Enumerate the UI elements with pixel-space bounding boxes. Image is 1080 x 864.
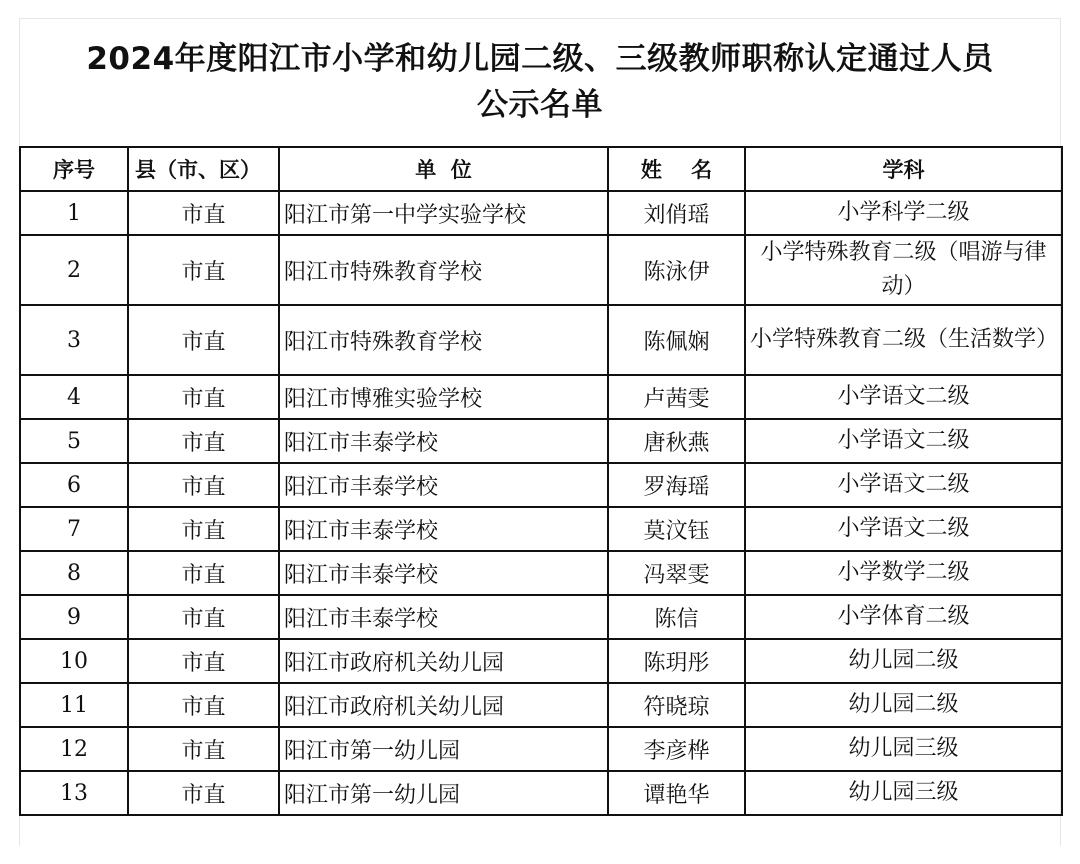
cell-subject: 小学语文二级 <box>745 419 1062 463</box>
cell-no: 7 <box>20 507 128 551</box>
table-row: 4 市直 阳江市博雅实验学校 卢茜雯 小学语文二级 <box>20 375 1062 419</box>
header-unit: 单 位 <box>279 147 608 191</box>
cell-name: 陈信 <box>608 595 745 639</box>
cell-no: 1 <box>20 191 128 235</box>
cell-unit: 阳江市特殊教育学校 <box>279 235 608 305</box>
table-row: 5 市直 阳江市丰泰学校 唐秋燕 小学语文二级 <box>20 419 1062 463</box>
cell-county: 市直 <box>128 507 279 551</box>
cell-county: 市直 <box>128 727 279 771</box>
table-row: 3 市直 阳江市特殊教育学校 陈佩娴 小学特殊教育二级（生活数学） <box>20 305 1062 375</box>
table-header-row: 序号 县（市、区） 单 位 姓 名 学科 <box>20 147 1062 191</box>
cell-no: 11 <box>20 683 128 727</box>
cell-name: 莫汶钰 <box>608 507 745 551</box>
cell-no: 13 <box>20 771 128 815</box>
header-subject: 学科 <box>745 147 1062 191</box>
table-row: 11 市直 阳江市政府机关幼儿园 符晓琼 幼儿园二级 <box>20 683 1062 727</box>
cell-name: 谭艳华 <box>608 771 745 815</box>
cell-name: 陈泳伊 <box>608 235 745 305</box>
cell-county: 市直 <box>128 375 279 419</box>
cell-unit: 阳江市第一幼儿园 <box>279 771 608 815</box>
cell-subject: 幼儿园二级 <box>745 683 1062 727</box>
cell-county: 市直 <box>128 235 279 305</box>
cell-county: 市直 <box>128 305 279 375</box>
cell-unit: 阳江市第一中学实验学校 <box>279 191 608 235</box>
table-row: 6 市直 阳江市丰泰学校 罗海瑶 小学语文二级 <box>20 463 1062 507</box>
table-row: 13 市直 阳江市第一幼儿园 谭艳华 幼儿园三级 <box>20 771 1062 815</box>
cell-unit: 阳江市特殊教育学校 <box>279 305 608 375</box>
cell-name: 刘俏瑶 <box>608 191 745 235</box>
title-line-2: 公示名单 <box>477 82 603 128</box>
table-row: 7 市直 阳江市丰泰学校 莫汶钰 小学语文二级 <box>20 507 1062 551</box>
cell-name: 唐秋燕 <box>608 419 745 463</box>
cell-subject: 小学语文二级 <box>745 463 1062 507</box>
cell-name: 李彦桦 <box>608 727 745 771</box>
cell-no: 6 <box>20 463 128 507</box>
cell-name: 罗海瑶 <box>608 463 745 507</box>
cell-no: 12 <box>20 727 128 771</box>
cell-subject: 小学特殊教育二级（生活数学） <box>745 305 1062 375</box>
roster-table: 序号 县（市、区） 单 位 姓 名 学科 1 市直 阳江市第一中学实验学校 刘俏… <box>19 146 1063 816</box>
header-county: 县（市、区） <box>128 147 279 191</box>
cell-county: 市直 <box>128 683 279 727</box>
cell-name: 冯翠雯 <box>608 551 745 595</box>
cell-unit: 阳江市博雅实验学校 <box>279 375 608 419</box>
cell-unit: 阳江市政府机关幼儿园 <box>279 683 608 727</box>
table-row: 8 市直 阳江市丰泰学校 冯翠雯 小学数学二级 <box>20 551 1062 595</box>
cell-unit: 阳江市丰泰学校 <box>279 419 608 463</box>
cell-no: 9 <box>20 595 128 639</box>
cell-unit: 阳江市政府机关幼儿园 <box>279 639 608 683</box>
cell-unit: 阳江市第一幼儿园 <box>279 727 608 771</box>
cell-subject: 小学数学二级 <box>745 551 1062 595</box>
cell-unit: 阳江市丰泰学校 <box>279 463 608 507</box>
cell-no: 3 <box>20 305 128 375</box>
cell-subject: 幼儿园三级 <box>745 727 1062 771</box>
cell-unit: 阳江市丰泰学校 <box>279 507 608 551</box>
header-name: 姓 名 <box>608 147 745 191</box>
table-row: 9 市直 阳江市丰泰学校 陈信 小学体育二级 <box>20 595 1062 639</box>
cell-subject: 小学语文二级 <box>745 375 1062 419</box>
cell-no: 8 <box>20 551 128 595</box>
table-row: 2 市直 阳江市特殊教育学校 陈泳伊 小学特殊教育二级（唱游与律动） <box>20 235 1062 305</box>
cell-no: 2 <box>20 235 128 305</box>
table-row: 12 市直 阳江市第一幼儿园 李彦桦 幼儿园三级 <box>20 727 1062 771</box>
cell-county: 市直 <box>128 419 279 463</box>
document-title: 2024年度阳江市小学和幼儿园二级、三级教师职称认定通过人员 公示名单 <box>19 18 1061 146</box>
cell-name: 陈佩娴 <box>608 305 745 375</box>
cell-name: 陈玥彤 <box>608 639 745 683</box>
header-no: 序号 <box>20 147 128 191</box>
cell-county: 市直 <box>128 595 279 639</box>
cell-name: 卢茜雯 <box>608 375 745 419</box>
cell-subject: 小学特殊教育二级（唱游与律动） <box>745 235 1062 305</box>
cell-county: 市直 <box>128 551 279 595</box>
cell-unit: 阳江市丰泰学校 <box>279 595 608 639</box>
cell-subject: 小学科学二级 <box>745 191 1062 235</box>
cell-no: 10 <box>20 639 128 683</box>
cell-name: 符晓琼 <box>608 683 745 727</box>
cell-county: 市直 <box>128 463 279 507</box>
title-line-1: 2024年度阳江市小学和幼儿园二级、三级教师职称认定通过人员 <box>86 36 993 82</box>
cell-subject: 小学语文二级 <box>745 507 1062 551</box>
table-row: 10 市直 阳江市政府机关幼儿园 陈玥彤 幼儿园二级 <box>20 639 1062 683</box>
table-row: 1 市直 阳江市第一中学实验学校 刘俏瑶 小学科学二级 <box>20 191 1062 235</box>
cell-subject: 小学体育二级 <box>745 595 1062 639</box>
cell-subject: 幼儿园二级 <box>745 639 1062 683</box>
cell-county: 市直 <box>128 771 279 815</box>
cell-subject: 幼儿园三级 <box>745 771 1062 815</box>
cell-county: 市直 <box>128 639 279 683</box>
cell-unit: 阳江市丰泰学校 <box>279 551 608 595</box>
cell-no: 5 <box>20 419 128 463</box>
cell-no: 4 <box>20 375 128 419</box>
cell-county: 市直 <box>128 191 279 235</box>
